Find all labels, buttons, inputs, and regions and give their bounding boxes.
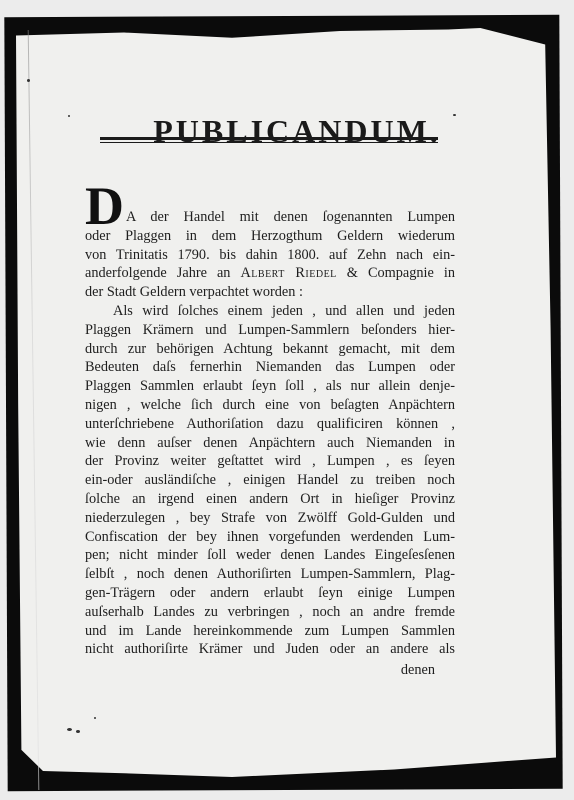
text-line: Plaggen Sammlen erlaubt ſeyn ſoll , als …	[85, 377, 455, 396]
text-line: Bedeuten daſs fernerhin Niemanden das Lu…	[85, 358, 455, 377]
paper-speck	[94, 717, 96, 719]
text-line: Als wird ſolches einem jeden , und allen…	[85, 302, 455, 321]
text-line: und im Lande hereinkommende zum Lumpen S…	[85, 622, 455, 641]
drop-cap: D	[85, 186, 124, 226]
catchword: denen	[85, 661, 455, 680]
title-rule-thin	[100, 142, 438, 143]
lessee-name: Albert Riedel	[240, 265, 336, 281]
text-line: ſelbſt , noch denen Authoriſirten Lumpen…	[85, 565, 455, 584]
paragraph-1: D A der Handel mit denen ſogenannten Lum…	[85, 188, 455, 302]
text-line: gen-Trägern oder andern erlaubt ſeyn ein…	[85, 584, 455, 603]
text-line: nigen , welche ſich durch eine von beſag…	[85, 396, 455, 415]
paper-speck	[76, 730, 80, 733]
text-line: A der Handel mit denen ſogenannten Lumpe…	[85, 188, 455, 227]
text-line: nicht authoriſirte Krämer und Juden oder…	[85, 640, 455, 659]
text-line: niederzulegen , bey Strafe von Zwölff Go…	[85, 509, 455, 528]
text-line: pen; nicht minder ſoll weder denen Lande…	[85, 546, 455, 565]
paper-speck	[27, 79, 30, 82]
text-line-with-name: anderfolgende Jahre an Albert Riedel & C…	[85, 264, 455, 283]
text-line: durch zur behörigen Achtung bekannt gema…	[85, 340, 455, 359]
text-line: der Stadt Geldern verpachtet worden :	[85, 283, 455, 302]
text-line: oder Plaggen in dem Herzogthum Geldern w…	[85, 227, 455, 246]
text-line: Plaggen Krämern und Lumpen-Sammlern beſo…	[85, 321, 455, 340]
text-line: der Provinz weiter geſtattet wird , Lump…	[85, 452, 455, 471]
document-title: PUBLICANDUM.	[0, 113, 574, 150]
text-line: ſolche an irgend einen andern Ort in hie…	[85, 490, 455, 509]
document-body: D A der Handel mit denen ſogenannten Lum…	[85, 188, 455, 680]
paragraph-2: Als wird ſolches einem jeden , und allen…	[85, 302, 455, 659]
text-line: von Trinitatis 1790. bis dahin 1800. auf…	[85, 246, 455, 265]
text-line: unterſchriebene Authoriſation dazu quali…	[85, 415, 455, 434]
text-line: auſserhalb Landes zu verbringen , noch a…	[85, 603, 455, 622]
title-rule-thick	[100, 137, 438, 140]
paper-speck	[67, 728, 72, 731]
text-fragment: anderfolgende Jahre an	[85, 265, 230, 281]
text-line: Confiscation der bey ihnen vorgefunden w…	[85, 528, 455, 547]
text-fragment: & Compagnie in	[337, 265, 455, 281]
text-line: wie denn auſser denen Anpächtern auch Ni…	[85, 434, 455, 453]
text-line: ein-oder ausländiſche , einigen Handel z…	[85, 471, 455, 490]
